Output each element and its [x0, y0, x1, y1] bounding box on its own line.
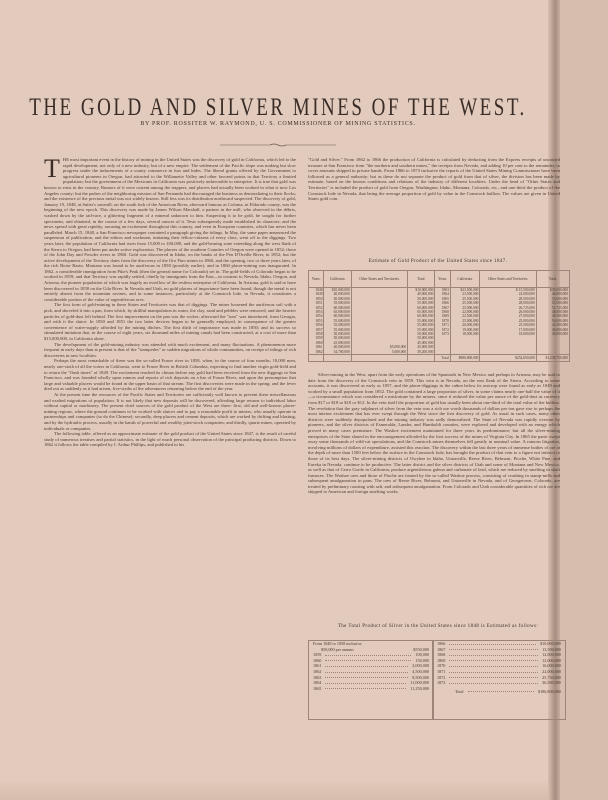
ornament-divider-icon [220, 143, 336, 147]
silver-mining-text: Silver-mining in the West, apart from th… [308, 372, 560, 616]
page-bottom-margin [0, 780, 548, 800]
right-column-intro: "Gold and Silver." From 1862 to 1866 the… [308, 157, 560, 241]
facing-page-edge [560, 0, 608, 800]
article-byline: BY PROF. ROSSITER W. RAYMOND, U. S. COMM… [0, 121, 556, 127]
col-header: Total. [408, 271, 435, 288]
col-header: Years. [309, 271, 324, 288]
gold-product-table: Years. California. Other States and Terr… [308, 270, 570, 362]
silver-table-left: From 1848 to 1858 inclusive, $50,000 per… [308, 640, 434, 720]
paragraph: Silver-mining in the West, apart from th… [308, 372, 560, 495]
table-cell [408, 355, 435, 362]
paragraph: The development of the gold-mining indus… [44, 342, 296, 359]
paragraph: The first form of gold-mining in these S… [44, 302, 296, 341]
col-header: California. [324, 271, 351, 288]
silver-table-right: 1866$10,000,000186713,500,000186812,000,… [432, 640, 566, 720]
silver-row: 186511,250,000 [309, 686, 433, 692]
paragraph: "Gold and Silver." From 1862 to 1866 the… [308, 157, 560, 202]
table-cell: $986,800,000 [450, 355, 480, 362]
silver-total-row: Total $186,800,000 [433, 689, 565, 695]
col-header: Other States and Territories. [351, 271, 407, 288]
drop-cap: T [44, 158, 60, 180]
col-header: Other States and Territories. [480, 271, 536, 288]
silver-row: 187336,500,000 [433, 680, 565, 686]
left-column-text: T HE most important event in the history… [44, 157, 296, 677]
col-header: Total. [536, 271, 569, 288]
table-cell: $1,239,750,000 [536, 355, 569, 362]
col-header: California. [450, 271, 480, 288]
table-cell [309, 355, 324, 362]
paragraph: The following table, offered as an appro… [44, 431, 296, 448]
table-cell [324, 355, 351, 362]
paragraph: Perhaps the most remarkable of these was… [44, 358, 296, 392]
table-cell [351, 355, 407, 362]
table-cell: $252,650,000 [480, 355, 536, 362]
paragraph: HE most important event in the history o… [44, 157, 296, 302]
col-header: Years. [435, 271, 450, 288]
gold-table-caption: Estimate of Gold Product of the United S… [308, 259, 568, 264]
table-cell: Total [435, 355, 450, 362]
paragraph: At the present time the resources of the… [44, 392, 296, 431]
article-title: THE GOLD AND SILVER MINES OF THE WEST. [0, 93, 556, 123]
total-row: Total$986,800,000$252,650,000$1,239,750,… [309, 355, 570, 362]
silver-table-caption: The Total Product of Silver in the Unite… [308, 624, 568, 630]
